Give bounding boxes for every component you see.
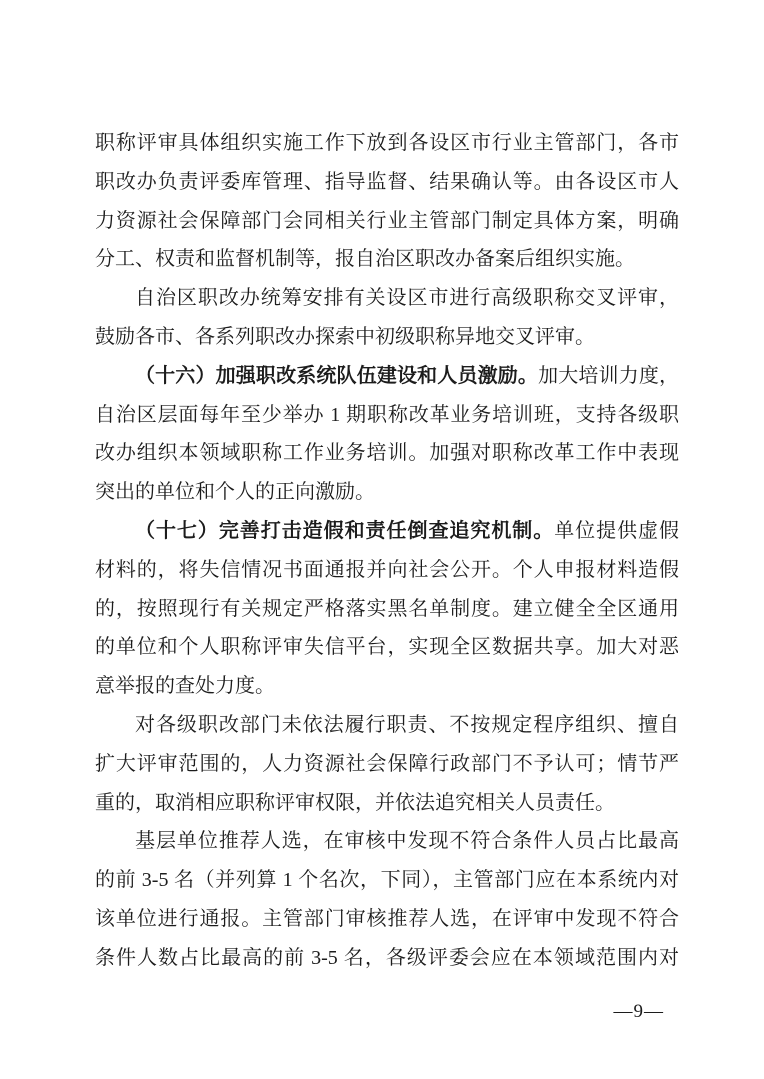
text-line: 改办组织本领域职称工作业务培训。加强对职称改革工作中表现 (95, 434, 679, 473)
text-run: 单位提供虚假 (554, 520, 679, 542)
text-line: 材料的，将失信情况书面通报并向社会公开。个人申报材料造假 (95, 551, 679, 590)
paragraph-start-line: （十六）加强职改系统队伍建设和人员激励。加大培训力度， (95, 357, 679, 396)
text-line: 的前 3-5 名（并列算 1 个名次，下同），主管部门应在本系统内对 (95, 861, 679, 900)
paragraph-end-line: 鼓励各市、各系列职改办探索中初级职称异地交叉评审。 (95, 318, 679, 357)
text-line: 职称评审具体组织实施工作下放到各设区市行业主管部门，各市 (95, 124, 679, 163)
paragraph-start-line: 自治区职改办统筹安排有关设区市进行高级职称交叉评审， (95, 279, 679, 318)
page-number: —9— (614, 1001, 665, 1023)
text-line: 职改办负责评委库管理、指导监督、结果确认等。由各设区市人 (95, 163, 679, 202)
paragraph-start-line: 基层单位推荐人选，在审核中发现不符合条件人员占比最高 (95, 822, 679, 861)
paragraph-end-line: 重的，取消相应职称评审权限，并依法追究相关人员责任。 (95, 784, 679, 823)
paragraph-end-line: 意举报的查处力度。 (95, 667, 679, 706)
text-line: 力资源社会保障部门会同相关行业主管部门制定具体方案，明确 (95, 202, 679, 241)
text-line: 自治区层面每年至少举办 1 期职称改革业务培训班，支持各级职 (95, 396, 679, 435)
document-body: 职称评审具体组织实施工作下放到各设区市行业主管部门，各市 职改办负责评委库管理、… (95, 124, 679, 978)
paragraph-end-line: 分工、权责和监督机制等，报自治区职改办备案后组织实施。 (95, 240, 679, 279)
text-line: 该单位进行通报。主管部门审核推荐人选，在评审中发现不符合 (95, 900, 679, 939)
text-line: 扩大评审范围的，人力资源社会保障行政部门不予认可；情节严 (95, 745, 679, 784)
section-heading-17: （十七）完善打击造假和责任倒查追究机制。 (135, 520, 554, 542)
text-run: 加大培训力度， (538, 365, 679, 387)
text-line: 的，按照现行有关规定严格落实黑名单制度。建立健全全区通用 (95, 590, 679, 629)
paragraph-start-line: 对各级职改部门未依法履行职责、不按规定程序组织、擅自 (95, 706, 679, 745)
text-line: 条件人数占比最高的前 3-5 名，各级评委会应在本领域范围内对 (95, 939, 679, 978)
section-heading-16: （十六）加强职改系统队伍建设和人员激励。 (135, 365, 538, 387)
document-page: 职称评审具体组织实施工作下放到各设区市行业主管部门，各市 职改办负责评委库管理、… (0, 0, 764, 1079)
paragraph-start-line: （十七）完善打击造假和责任倒查追究机制。单位提供虚假 (95, 512, 679, 551)
text-line: 的单位和个人职称评审失信平台，实现全区数据共享。加大对恶 (95, 628, 679, 667)
paragraph-end-line: 突出的单位和个人的正向激励。 (95, 473, 679, 512)
